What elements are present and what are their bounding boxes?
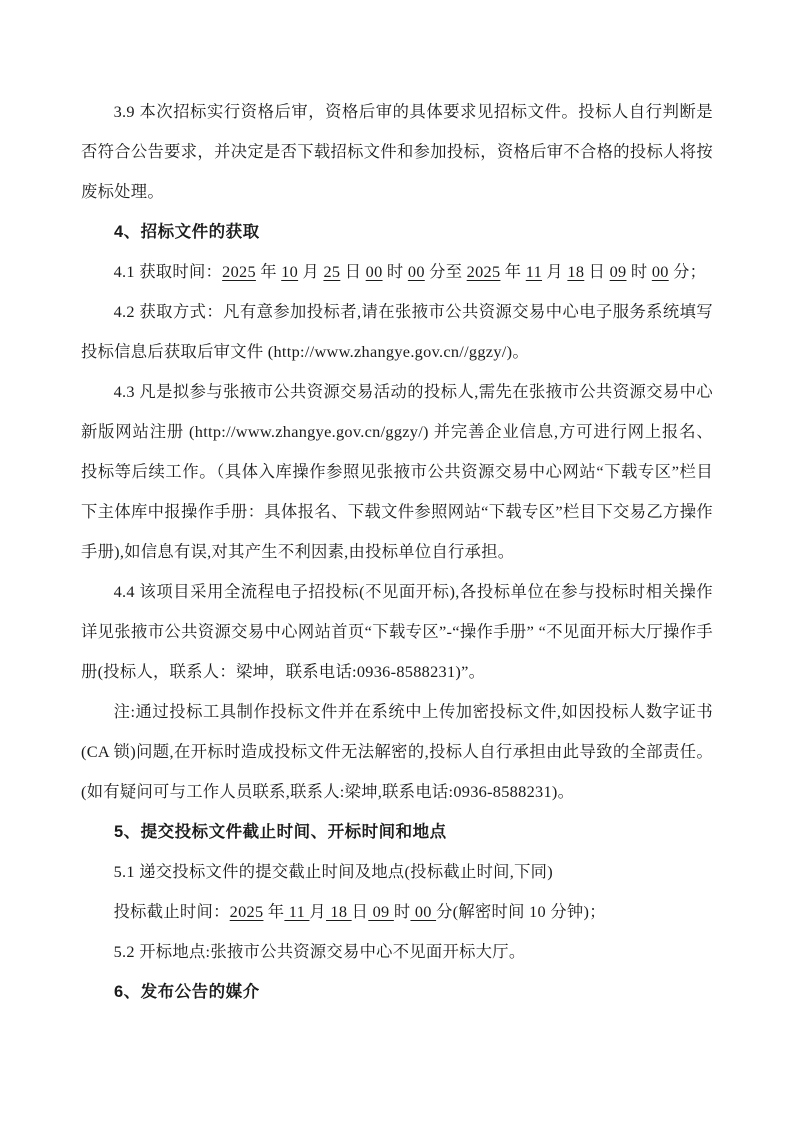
para-4-3: 4.3 凡是拟参与张掖市公共资源交易活动的投标人,需先在张掖市公共资源交易中心新… <box>81 372 713 572</box>
underlined-field: 18 <box>567 262 584 281</box>
para-deadline: 投标截止时间：2025 年 11 月 18 日 09 时 00 分(解密时间 1… <box>81 892 713 932</box>
para-note: 注:通过投标工具制作投标文件并在系统中上传加密投标文件,如因投标人数字证书(CA… <box>81 692 713 812</box>
underlined-field: 00 <box>652 262 669 281</box>
underlined-field: 2025 <box>222 262 256 281</box>
underlined-field: 25 <box>323 262 340 281</box>
underlined-field: 00 <box>408 262 425 281</box>
document-content: 3.9 本次招标实行资格后审，资格后审的具体要求见招标文件。投标人自行判断是否符… <box>81 92 713 1012</box>
underlined-field: 2025 <box>467 262 501 281</box>
para-5-2: 5.2 开标地点:张掖市公共资源交易中心不见面开标大厅。 <box>81 932 713 972</box>
underlined-field: 00 <box>366 262 383 281</box>
para-4-2: 4.2 获取方式：凡有意参加投标者,请在张掖市公共资源交易中心电子服务系统填写投… <box>81 292 713 372</box>
underlined-field: 10 <box>281 262 298 281</box>
document-page: 3.9 本次招标实行资格后审，资格后审的具体要求见招标文件。投标人自行判断是否符… <box>0 0 793 1122</box>
para-4-4: 4.4 该项目采用全流程电子招投标(不见面开标),各投标单位在参与投标时相关操作… <box>81 572 713 692</box>
underlined-field: 00 <box>410 902 436 921</box>
para-3-9: 3.9 本次招标实行资格后审，资格后审的具体要求见招标文件。投标人自行判断是否符… <box>81 92 713 212</box>
underlined-field: 09 <box>368 902 394 921</box>
para-5-1: 5.1 递交投标文件的提交截止时间及地点(投标截止时间,下同) <box>81 852 713 892</box>
underlined-field: 11 <box>284 902 309 921</box>
underlined-field: 09 <box>610 262 627 281</box>
heading-4: 4、招标文件的获取 <box>81 212 713 252</box>
heading-5: 5、提交投标文件截止时间、开标时间和地点 <box>81 812 713 852</box>
heading-6: 6、发布公告的媒介 <box>81 972 713 1012</box>
underlined-field: 11 <box>526 262 542 281</box>
underlined-field: 2025 <box>230 902 264 921</box>
para-4-1: 4.1 获取时间：2025 年 10 月 25 日 00 时 00 分至 202… <box>81 252 713 292</box>
underlined-field: 18 <box>326 902 352 921</box>
